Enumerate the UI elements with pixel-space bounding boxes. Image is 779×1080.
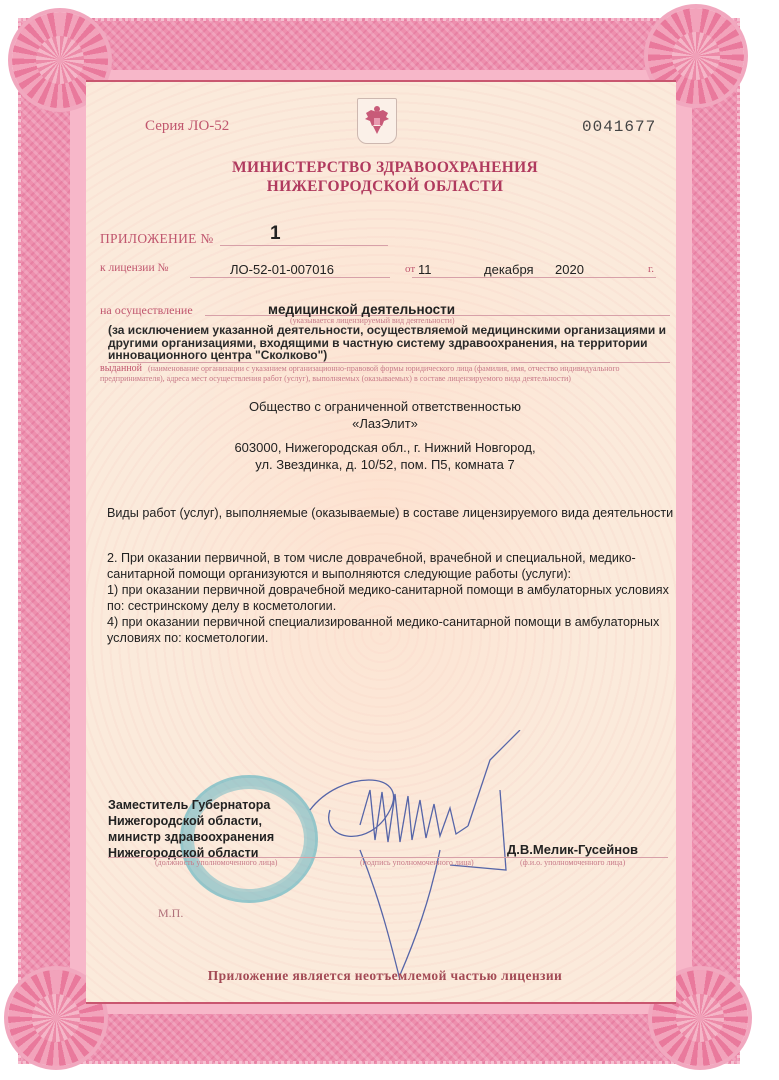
appendix-number: 1 (270, 223, 281, 245)
position-caption: (должность уполномоченного лица) (155, 858, 277, 867)
license-number: ЛО-52-01-007016 (230, 262, 334, 277)
works-list: 2. При оказании первичной, в том числе д… (107, 550, 677, 646)
activity-value: медицинской деятельности (268, 302, 455, 317)
works-item: 4) при оказании первичной специализирова… (107, 614, 677, 646)
issued-to-block: выданной(наименование организации с указ… (100, 364, 675, 384)
appendix-underline (220, 245, 388, 246)
series: СерияЛО-52 (145, 118, 229, 135)
works-item: 1) при оказании первичной доврачебной ме… (107, 582, 677, 614)
org-address-line2: ул. Звездинка, д. 10/52, пом. П5, комнат… (90, 457, 680, 472)
exclusion-underline (108, 362, 670, 363)
signatory-name: Д.В.Мелик-Гусейнов (507, 842, 638, 857)
license-year-suffix: г. (648, 263, 654, 275)
issued-to-label: выданной (100, 363, 142, 374)
org-name-line2: «ЛазЭлит» (90, 416, 680, 431)
series-value: ЛО-52 (188, 118, 229, 134)
series-label: Серия (145, 118, 184, 134)
blank-number: 0041677 (582, 118, 656, 136)
issued-to-caption: (наименование организации с указанием ор… (100, 364, 620, 383)
license-date-underline (412, 277, 656, 278)
seal-place-label: М.П. (158, 906, 183, 921)
works-item: 2. При оказании первичной, в том числе д… (107, 550, 677, 582)
org-address-line1: 603000, Нижегородская обл., г. Нижний Но… (90, 440, 680, 455)
license-month: декабря (484, 262, 534, 277)
license-from-label: от (405, 263, 415, 275)
ministry-title-line2: НИЖЕГОРОДСКОЙ ОБЛАСТИ (90, 178, 680, 196)
license-label: к лицензии № (100, 262, 168, 274)
license-day: 11 (418, 262, 432, 277)
russian-coat-of-arms-icon (357, 98, 397, 144)
license-number-underline (190, 277, 390, 278)
signatory-position: Заместитель Губернатора Нижегородской об… (108, 797, 274, 861)
signature-caption: (подпись уполномоченного лица) (360, 858, 474, 867)
org-name-line1: Общество с ограниченной ответственностью (90, 399, 680, 414)
activity-exclusion: (за исключением указанной деятельности, … (108, 324, 668, 362)
license-appendix-sheet: СерияЛО-52 0041677 МИНИСТЕРСТВО ЗДРАВООХ… (0, 0, 779, 1080)
works-title: Виды работ (услуг), выполняемые (оказыва… (107, 505, 677, 521)
activity-label: на осуществление (100, 303, 193, 318)
appendix-label: ПРИЛОЖЕНИЕ № (100, 231, 214, 247)
license-year: 2020 (555, 262, 584, 277)
name-caption: (ф.и.о. уполномоченного лица) (520, 858, 625, 867)
footer-note: Приложение является неотъемлемой частью … (90, 968, 680, 984)
ministry-title-line1: МИНИСТЕРСТВО ЗДРАВООХРАНЕНИЯ (90, 159, 680, 177)
